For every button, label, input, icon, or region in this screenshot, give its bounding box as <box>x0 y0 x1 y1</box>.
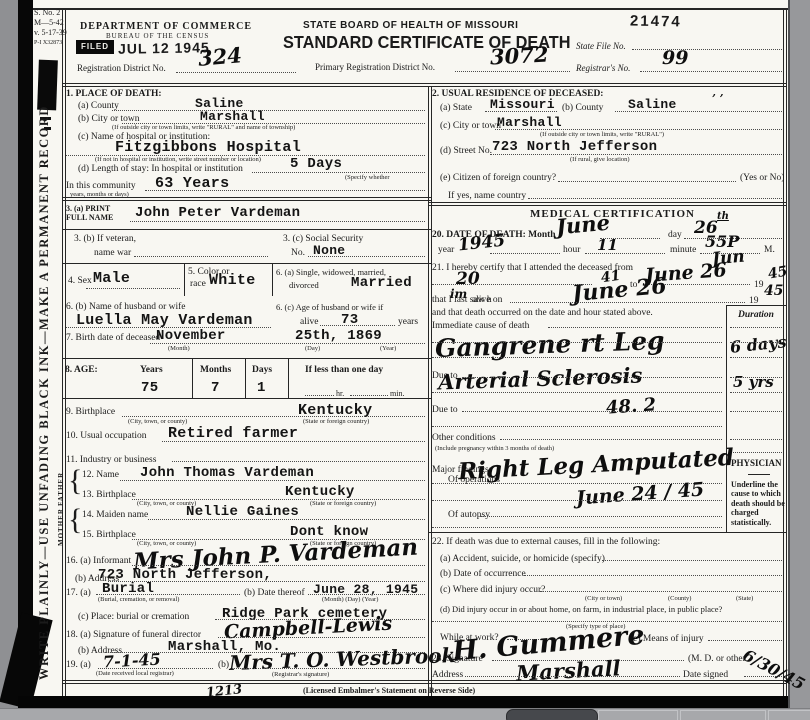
cell-divider <box>272 263 273 296</box>
rule <box>528 198 782 199</box>
spouse-age-unit: years <box>398 318 418 328</box>
top-rule <box>33 8 791 10</box>
stay-value: 5 Days <box>290 157 342 171</box>
rule <box>455 71 570 72</box>
rule <box>730 327 782 328</box>
father-name-label: 12. Name <box>82 471 119 481</box>
rule <box>305 395 334 396</box>
margin-instruction: WRITE PLAINLY—USE UNFADING BLACK INK—MAK… <box>38 135 51 680</box>
physician-address-value: Marshall <box>516 657 622 683</box>
lastsaw-year: 45 <box>764 284 783 298</box>
cause-code-value: 48. 2 <box>605 396 656 417</box>
city-note: (If outside city or town limits, write "… <box>112 125 295 132</box>
section-rule <box>62 197 431 198</box>
burial-date-label: (b) Date thereof <box>244 589 305 599</box>
duration-divider <box>726 305 727 532</box>
header-rule <box>62 86 787 87</box>
mother-side-label: MOTHER <box>58 508 65 546</box>
residence-state-label: (a) State <box>440 104 472 114</box>
mother-name-value: Nellie Gaines <box>186 505 299 519</box>
rule <box>432 392 722 393</box>
rule <box>465 676 680 677</box>
occupation-value: Retired farmer <box>168 426 298 441</box>
rule <box>218 637 425 638</box>
section-rule <box>428 532 787 533</box>
rule <box>432 342 722 343</box>
city-value: Marshall <box>200 110 265 123</box>
rule <box>490 253 560 254</box>
registration-district-value: 324 <box>197 44 243 69</box>
father-brace: { <box>68 466 82 496</box>
age-days-header: Days <box>252 366 272 376</box>
primary-district-label: Primary Registration District No. <box>315 63 435 72</box>
rule <box>148 519 425 520</box>
rule <box>432 357 722 358</box>
physician-dash <box>748 474 770 475</box>
due-to-value: Arterial Sclerosis <box>438 364 643 392</box>
birthdate-label: 7. Birth date of deceased <box>66 334 160 344</box>
rule <box>120 480 425 481</box>
cell-divider <box>288 358 289 398</box>
mother-birthplace-label: 15. Birthplace <box>82 531 136 541</box>
rule <box>730 342 782 343</box>
sex-value: Male <box>93 271 130 286</box>
full-name-label2: FULL NAME <box>66 214 113 222</box>
burial-label: 17. (a) <box>66 589 91 599</box>
md-or-other-label: (M. D. or other <box>688 655 746 665</box>
burial-date-note: (Month) (Day) (Year) <box>322 597 378 604</box>
hospital-value: Fitzgibbons Hospital <box>115 140 301 155</box>
rule <box>432 500 722 501</box>
day-note: (Day) <box>305 346 320 353</box>
cell-divider <box>184 263 185 296</box>
form-number-line: M—5-42 <box>34 19 64 27</box>
section-rule <box>62 229 431 230</box>
due-to-label2: Due to <box>432 406 458 416</box>
birthdate-month-value: November <box>156 329 226 343</box>
date-signed-label: Date signed <box>683 671 728 681</box>
column-divider <box>431 86 432 696</box>
embalmer-note: (Licensed Embalmer's Statement on Revers… <box>303 687 475 695</box>
rule <box>585 253 665 254</box>
external-causes-title: 22. If death was due to external causes,… <box>432 538 660 548</box>
burial-type-note: (Burial, cremation, or removal) <box>98 597 179 604</box>
rule <box>730 377 782 378</box>
rule <box>86 288 180 289</box>
rule <box>730 411 782 412</box>
immediate-cause-label: Immediate cause of death <box>432 322 529 332</box>
occurred-label: and that death occurred on the date and … <box>432 309 653 319</box>
rule <box>172 461 425 462</box>
toolbar-button[interactable] <box>598 710 678 720</box>
rule <box>308 256 425 257</box>
hospital-note: (If not in hospital or institution, writ… <box>95 157 261 164</box>
registrar-number-value: 99 <box>662 49 688 68</box>
father-name-value: John Thomas Vardeman <box>140 466 314 480</box>
death-m-label: M. <box>764 246 775 256</box>
physician-label: PHYSICIAN <box>731 459 782 468</box>
full-name-value: John Peter Vardeman <box>135 206 300 220</box>
residence-city-value: Marshall <box>497 116 562 129</box>
primary-district-value: 3072 <box>489 43 548 67</box>
citizen-country-label: If yes, name country <box>448 192 526 202</box>
spouse-age-alive-label: alive <box>300 318 318 328</box>
rule <box>524 575 782 576</box>
rule <box>730 452 782 453</box>
death-year-label: year <box>438 246 454 256</box>
birthplace-label: 9. Birthplace <box>66 408 115 418</box>
rule <box>602 560 782 561</box>
rule <box>632 49 782 50</box>
rule <box>495 129 782 130</box>
race-label2: race <box>190 280 206 290</box>
rule <box>252 172 425 173</box>
citizen-label: (e) Citizen of foreign country? <box>440 174 556 184</box>
age-years-header: Years <box>140 366 163 376</box>
external-a-label: (a) Accident, suicide, or homicide (spec… <box>440 555 605 565</box>
frame-line <box>786 8 787 696</box>
physician-note: Underline the cause to which death shoul… <box>731 480 793 527</box>
cell-divider <box>192 358 193 398</box>
rule <box>145 190 425 191</box>
external-c-label: (c) Where did injury occur? <box>440 586 545 596</box>
spouse-age-label: 6. (c) Age of husband or wife if <box>276 303 383 312</box>
father-birthplace-value: Kentucky <box>285 485 355 499</box>
age-months-header: Months <box>200 366 231 376</box>
filed-stamp: FILED <box>76 40 114 54</box>
external-b-label: (b) Date of occurrence <box>440 570 526 580</box>
other-conditions-note: (Include pregnancy within 3 months of de… <box>435 446 554 453</box>
stay-label: (d) Length of stay: In hospital or insti… <box>78 165 243 175</box>
death-day-label: day <box>668 231 682 241</box>
cell-divider <box>245 358 246 398</box>
marital-label2: divorced <box>289 281 319 290</box>
birthplace-note2: (State or foreign country) <box>303 419 369 426</box>
death-day-suffix: th <box>717 212 729 222</box>
column-divider <box>428 86 429 696</box>
rule <box>730 439 782 440</box>
rule <box>122 416 425 417</box>
rule <box>432 527 722 528</box>
burial-place-label: (c) Place: burial or cremation <box>78 613 189 623</box>
state-file-number-stamp: 21474 <box>630 14 682 30</box>
registrar-received-note: (Date received local registrar) <box>96 671 174 678</box>
rule <box>320 325 395 326</box>
rule <box>176 72 296 73</box>
state-file-label: State File No. <box>576 42 626 51</box>
father-side-label: FATHER <box>58 468 65 506</box>
registrar-number-label: Registrar's No. <box>576 64 630 73</box>
external-c-note2: (County) <box>668 596 691 603</box>
board-title: STATE BOARD OF HEALTH OF MISSOURI <box>303 21 518 31</box>
age-days-value: 1 <box>257 381 266 395</box>
rule <box>432 284 592 285</box>
duration-header: Duration <box>738 311 774 321</box>
full-name-label: 3. (a) PRINT <box>66 205 110 213</box>
rule <box>510 302 745 303</box>
mother-name-label: 14. Maiden name <box>82 511 148 521</box>
scan-left-edge <box>18 0 33 708</box>
external-c-note3: (State) <box>736 596 753 603</box>
ssn-no-label: No. <box>291 249 305 259</box>
lastsaw-him: im <box>450 288 467 300</box>
lastsaw-label2: alive on <box>472 296 502 306</box>
filed-date-stamp: JUL 12 1945 <box>118 40 210 56</box>
rule <box>162 441 425 442</box>
age-years-value: 75 <box>141 381 158 395</box>
residence-county-value: Saline <box>628 98 677 111</box>
other-conditions-label: Other conditions <box>432 434 496 444</box>
rule <box>708 640 782 641</box>
father-bp-note2: (State or foreign country) <box>310 501 376 508</box>
residence-city-label: (c) City or town <box>440 122 501 132</box>
community-value: 63 Years <box>155 176 229 191</box>
marital-value: Married <box>351 276 412 290</box>
section-rule <box>428 205 787 206</box>
rule <box>96 594 240 595</box>
registration-district-label: Registration District No. <box>77 64 166 73</box>
scrollbar-thumb[interactable] <box>506 709 598 720</box>
residence-street-value: 723 North Jefferson <box>492 140 657 154</box>
scan-bottom-edge <box>18 696 791 708</box>
attended-to-year: 45 <box>767 264 789 281</box>
month-note: (Month) <box>168 346 190 353</box>
toolbar-button[interactable] <box>680 710 766 720</box>
rule <box>432 426 722 427</box>
residence-street-label: (d) Street No. <box>440 147 492 157</box>
death-hour-value: 11 <box>597 238 618 253</box>
registrar-sig-prefix: (b) <box>218 661 229 671</box>
rule <box>230 668 425 669</box>
place-of-death-title: 1. PLACE OF DEATH: <box>66 90 162 100</box>
header-rule <box>62 83 787 84</box>
rule <box>150 343 425 344</box>
spouse-value: Luella May Vardeman <box>76 313 253 328</box>
age-min-label: min. <box>390 390 404 398</box>
rule <box>480 516 722 517</box>
footer-code: 1213 <box>205 683 242 700</box>
rule <box>98 668 213 669</box>
sex-label: 4. Sex <box>68 277 92 287</box>
registrar-received-label: 19. (a) <box>66 661 91 671</box>
rule <box>130 221 425 222</box>
rule <box>308 594 425 595</box>
rule <box>540 591 782 592</box>
informant-label: 16. (a) Informant <box>66 557 131 567</box>
frame-line <box>62 8 63 696</box>
section-rule <box>62 200 431 201</box>
attended-19: 19 <box>754 281 764 291</box>
rule <box>112 110 425 111</box>
section-rule <box>62 398 431 399</box>
rule <box>615 111 782 112</box>
department-line: DEPARTMENT OF COMMERCE <box>80 22 252 32</box>
race-value: White <box>209 273 256 288</box>
rule <box>462 411 722 412</box>
external-c-note1: (City or town) <box>585 596 622 603</box>
rule <box>132 565 425 566</box>
age-label: 8. AGE: <box>65 366 98 376</box>
frame-line <box>783 8 784 696</box>
toolbar-button[interactable] <box>768 710 810 720</box>
rule <box>485 111 557 112</box>
rule <box>134 256 268 257</box>
veteran-war-label: name war <box>94 249 131 259</box>
section-rule <box>62 263 431 264</box>
death-hour-label: hour <box>563 246 580 256</box>
death-certificate-scan: S. No. 2 M—5-42 v. 5-17-39 P-I X32873 WR… <box>0 0 810 720</box>
rule <box>350 395 388 396</box>
stay-note: (Specify whether <box>345 175 390 182</box>
birthdate-dayyear-value: 25th, 1869 <box>295 329 382 343</box>
citizen-note: (Yes or No) <box>740 174 784 184</box>
veteran-label: 3. (b) If veteran, <box>74 235 136 245</box>
residence-street-note: (If rural, give location) <box>570 157 630 164</box>
duration-top-rule <box>726 305 787 306</box>
ink-blob-margin <box>37 60 58 111</box>
age-months-value: 7 <box>211 381 220 395</box>
father-birthplace-label: 13. Birthplace <box>82 491 136 501</box>
rule <box>500 439 722 440</box>
mother-brace: { <box>68 505 82 535</box>
death-year-value: 1945 <box>457 233 506 255</box>
age-less-header: If less than one day <box>305 366 383 376</box>
ink-mark: ’ ’ <box>712 93 724 104</box>
age-hr-label: hr. <box>336 390 344 398</box>
occupation-label: 10. Usual occupation <box>66 432 146 442</box>
informant-address-value: 723 North Jefferson, <box>98 568 272 582</box>
residence-city-note: (If outside city or town limits, write "… <box>540 132 664 139</box>
rule <box>730 357 782 358</box>
rule <box>640 71 782 72</box>
death-minute-label: minute <box>670 246 696 256</box>
residence-county-label: (b) County <box>562 104 603 114</box>
footer-rule <box>62 683 787 684</box>
form-number-line: P-I X32873 <box>34 40 62 46</box>
rule <box>730 392 782 393</box>
registrar-sig-note: (Registrar's signature) <box>272 672 329 679</box>
residence-state-value: Missouri <box>490 98 555 111</box>
right-gutter <box>790 0 810 708</box>
rule <box>490 154 782 155</box>
physician-address-label: Address <box>432 671 463 681</box>
attended-from-day: 20 <box>456 271 480 288</box>
footer-rule <box>62 680 787 681</box>
rule <box>462 377 722 378</box>
section-rule <box>62 358 431 359</box>
year-note: (Year) <box>380 346 396 353</box>
rule <box>558 181 736 182</box>
death-month-value: June <box>555 212 610 238</box>
external-d-label: (d) Did injury occur in or about home, o… <box>440 605 722 614</box>
form-number-line: S. No. 2 <box>34 9 60 17</box>
section-rule <box>428 202 787 203</box>
